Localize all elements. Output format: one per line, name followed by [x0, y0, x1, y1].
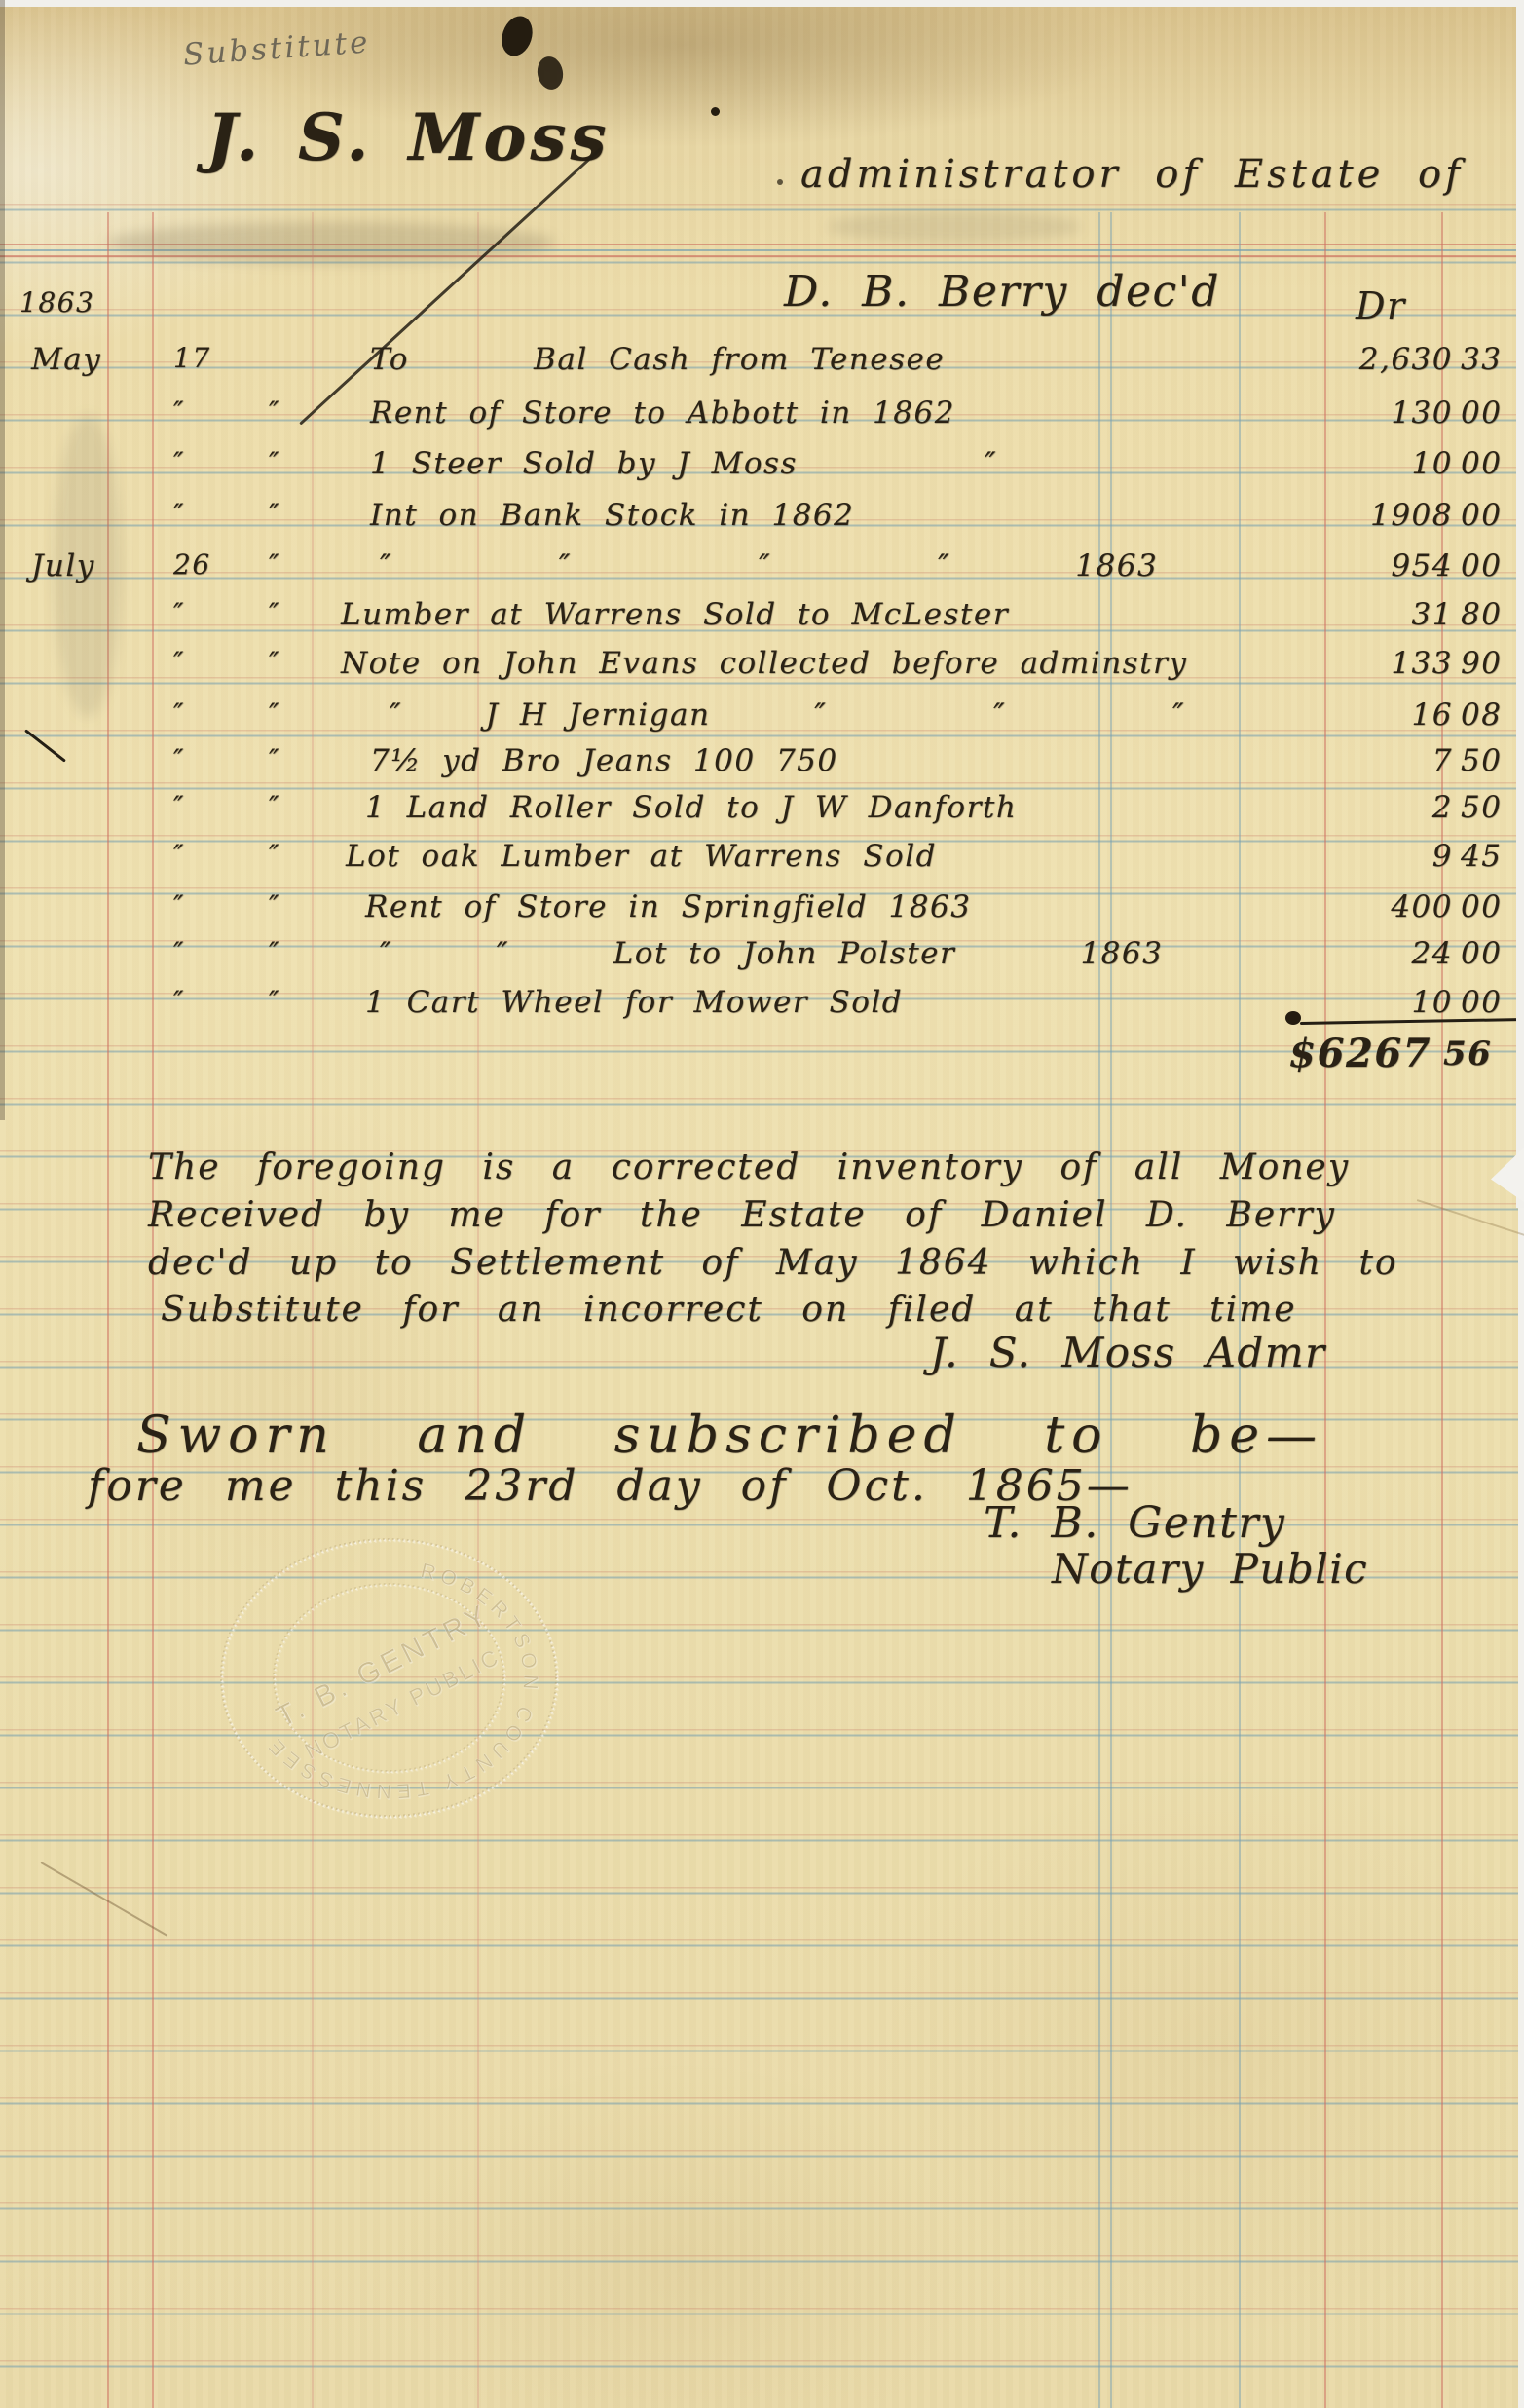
row-amount-cents: 00	[1461, 889, 1521, 924]
row-ditto: ″	[269, 889, 280, 922]
row-amount-cents: 80	[1461, 597, 1521, 632]
grey-smudge	[828, 210, 1081, 244]
row-day: 26	[173, 548, 211, 581]
header-dr-label: Dr	[1356, 284, 1406, 327]
row-amount-cents: 00	[1461, 985, 1521, 1020]
attestation-line-2: fore me this 23rd day of Oct. 1865—	[88, 1461, 1133, 1511]
total-amount-cents: 56	[1443, 1035, 1492, 1073]
row-amount-dollars: 9	[1208, 839, 1453, 874]
ink-smudge	[497, 12, 538, 59]
row-ditto: ″	[269, 446, 280, 478]
scan-edge-top	[0, 0, 1524, 7]
seal-ring-text: ROBERTSON COUNTY TENNESSEE	[261, 1560, 541, 1802]
row-amount-cents: 08	[1461, 697, 1521, 733]
row-ditto: ″	[269, 498, 280, 530]
header-administrator-name: J. S. Moss	[206, 99, 611, 175]
paper-edge-shadow	[0, 0, 5, 1120]
row-amount-dollars: 10	[1208, 985, 1453, 1020]
row-description: Int on Bank Stock in 1862	[370, 498, 854, 533]
row-day: ″	[173, 395, 185, 428]
row-amount-cents: 50	[1461, 743, 1521, 778]
row-ditto: ″	[269, 790, 280, 822]
row-description: Rent of Store in Springfield 1863	[365, 889, 971, 924]
row-amount-dollars: 7	[1208, 743, 1453, 778]
row-description: 1 Steer Sold by J Moss ″	[370, 446, 997, 481]
row-ditto: ″	[269, 395, 280, 428]
row-ditto: ″	[269, 839, 280, 871]
row-month: May	[31, 342, 101, 377]
pen-blot	[1285, 1011, 1301, 1025]
row-ditto: ″	[269, 697, 280, 730]
row-description: 1 Land Roller Sold to J W Danforth	[365, 790, 1017, 825]
ledger-row: ″ ″ ″ ″ Lot to John Polster 1863 24 00	[0, 936, 1524, 991]
row-amount-cents: 00	[1461, 498, 1521, 533]
row-amount-dollars: 10	[1208, 446, 1453, 481]
ledger-row: ″ ″ 1 Land Roller Sold to J W Danforth 2…	[0, 790, 1524, 845]
head-rule-red-1	[0, 244, 1518, 245]
row-description: Lumber at Warrens Sold to McLester	[341, 597, 1009, 632]
row-day: ″	[173, 646, 185, 678]
head-rule-red-2	[0, 255, 1518, 257]
ledger-row: ″ ″ 1 Steer Sold by J Moss ″ 10 00	[0, 446, 1524, 501]
row-description: Note on John Evans collected before admi…	[341, 646, 1187, 681]
row-amount-dollars: 31	[1208, 597, 1453, 632]
row-amount-dollars: 2	[1208, 790, 1453, 825]
row-description: 1 Cart Wheel for Mower Sold	[365, 985, 903, 1020]
pencil-note: Substitute	[182, 24, 372, 72]
row-description: Lot oak Lumber at Warrens Sold	[346, 839, 937, 874]
ledger-row: ″ ″ Int on Bank Stock in 1862 1908 00	[0, 498, 1524, 552]
header-estate-name: D. B. Berry dec'd	[784, 267, 1220, 317]
row-day: ″	[173, 839, 185, 871]
row-amount-dollars: 130	[1208, 395, 1453, 431]
row-description: ″ ″ ″ ″ 1863	[380, 548, 1158, 583]
ink-dot	[711, 107, 720, 116]
statement-line-4: Substitute for an incorrect on filed at …	[161, 1290, 1297, 1330]
statement-line-3: dec'd up to Settlement of May 1864 which…	[148, 1243, 1398, 1283]
row-day: ″	[173, 498, 185, 530]
row-amount-cents: 45	[1461, 839, 1521, 874]
head-rule-blue	[0, 249, 1518, 251]
row-amount-dollars: 24	[1208, 936, 1453, 971]
row-description: To Bal Cash from Tenesee	[370, 342, 945, 377]
row-ditto: ″	[269, 548, 280, 581]
scan-edge-right	[1516, 0, 1524, 1208]
row-ditto: ″	[269, 743, 280, 775]
row-amount-dollars: 2,630	[1208, 342, 1453, 377]
notary-seal: ROBERTSON COUNTY TENNESSEE T. B. GENTRY …	[200, 1527, 579, 1829]
ledger-row: ″ ″ Rent of Store to Abbott in 1862 130 …	[0, 395, 1524, 450]
administrator-signature: J. S. Moss Admr	[930, 1329, 1326, 1376]
ledger-row: ″ ″ Lumber at Warrens Sold to McLester 3…	[0, 597, 1524, 652]
row-day: ″	[173, 597, 185, 629]
row-day: ″	[173, 743, 185, 775]
row-amount-cents: 33	[1461, 342, 1521, 377]
header-year: 1863	[19, 286, 94, 319]
row-month: July	[31, 548, 95, 583]
row-day: ″	[173, 985, 185, 1017]
row-day: ″	[173, 790, 185, 822]
row-description: 7½ yd Bro Jeans 100 750	[370, 743, 838, 778]
total-amount-dollars: $6267	[1208, 1031, 1431, 1076]
row-ditto: ″	[269, 985, 280, 1017]
notary-title: Notary Public	[1052, 1545, 1368, 1593]
ink-dot	[777, 179, 783, 185]
crease-line	[41, 1862, 168, 1937]
ledger-paper: Substitute 1863 J. S. Moss administrator…	[0, 6, 1518, 2408]
row-ditto: ″	[269, 646, 280, 678]
row-description: ″ ″ Lot to John Polster 1863	[380, 936, 1163, 971]
row-day: ″	[173, 697, 185, 730]
ledger-row: May 17 To Bal Cash from Tenesee 2,630 33	[0, 342, 1524, 396]
row-amount-cents: 00	[1461, 548, 1521, 583]
attestation-line-1: Sworn and subscribed to be—	[136, 1407, 1323, 1465]
statement-line-1: The foregoing is a corrected inventory o…	[148, 1148, 1350, 1187]
statement-line-2: Received by me for the Estate of Daniel …	[148, 1195, 1336, 1235]
row-amount-cents: 00	[1461, 395, 1521, 431]
row-day: ″	[173, 889, 185, 922]
ink-smudge	[535, 55, 566, 92]
ledger-row: ″ ″ Lot oak Lumber at Warrens Sold 9 45	[0, 839, 1524, 893]
row-description: ″ J H Jernigan ″ ″ ″	[390, 697, 1185, 733]
row-amount-cents: 90	[1461, 646, 1521, 681]
row-description: Rent of Store to Abbott in 1862	[370, 395, 955, 431]
notary-signature: T. B. Gentry	[984, 1498, 1285, 1548]
row-amount-dollars: 400	[1208, 889, 1453, 924]
row-amount-dollars: 954	[1208, 548, 1453, 583]
row-day: ″	[173, 936, 185, 968]
row-day: 17	[173, 342, 211, 374]
row-ditto: ″	[269, 936, 280, 968]
document-scan: Substitute 1863 J. S. Moss administrator…	[0, 0, 1524, 2408]
row-amount-dollars: 16	[1208, 697, 1453, 733]
crease-line	[1417, 1199, 1524, 1237]
row-amount-dollars: 1908	[1208, 498, 1453, 533]
row-amount-cents: 00	[1461, 936, 1521, 971]
row-amount-cents: 50	[1461, 790, 1521, 825]
header-role: administrator of Estate of	[800, 152, 1464, 197]
row-amount-cents: 00	[1461, 446, 1521, 481]
grey-smudge	[107, 222, 555, 263]
row-day: ″	[173, 446, 185, 478]
ledger-row: ″ ″ Note on John Evans collected before …	[0, 646, 1524, 700]
ledger-row: July 26 ″ ″ ″ ″ ″ 1863 954 00	[0, 548, 1524, 603]
row-amount-dollars: 133	[1208, 646, 1453, 681]
row-ditto: ″	[269, 597, 280, 629]
